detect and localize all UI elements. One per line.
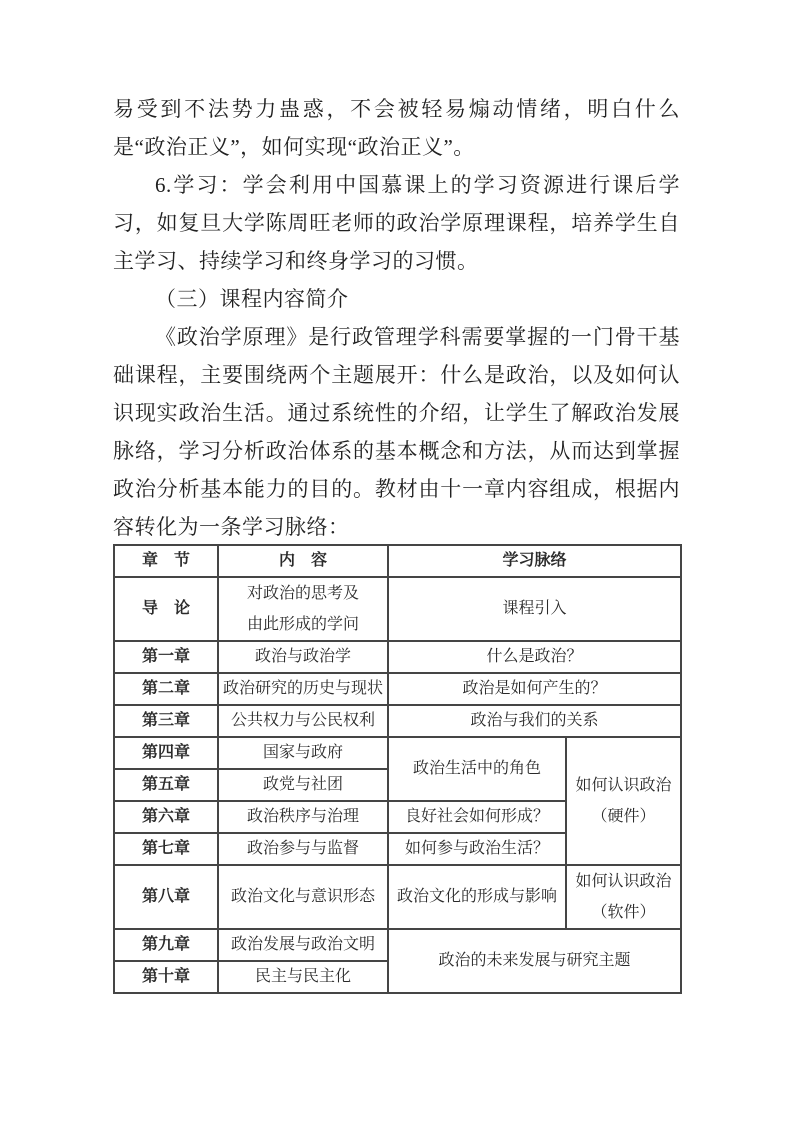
paragraph-course-overview: 《政治学原理》是行政管理学科需要掌握的一门骨干基础课程，主要围绕两个主题展开：什… <box>113 318 680 546</box>
table-row-chapter-8: 第八章 政治文化与意识形态 政治文化的形成与影响 如何认识政治 （软件） <box>114 865 681 929</box>
heading-course-content-intro: （三）课程内容简介 <box>113 280 680 318</box>
cell-content: 政治秩序与治理 <box>218 801 388 833</box>
cell-chapter: 第五章 <box>114 769 218 801</box>
cell-learning-path: 什么是政治？ <box>388 641 681 673</box>
cell-chapter: 第四章 <box>114 737 218 769</box>
cell-learning-path-hardware: 如何认识政治 （硬件） <box>566 737 681 865</box>
cell-chapter: 第三章 <box>114 705 218 737</box>
table-row-chapter-1: 第一章 政治与政治学 什么是政治？ <box>114 641 681 673</box>
cell-learning-path-future: 政治的未来发展与研究主题 <box>388 929 681 993</box>
cell-content: 政党与社团 <box>218 769 388 801</box>
cell-learning-path: 良好社会如何形成？ <box>388 801 566 833</box>
cell-learning-path: 政治文化的形成与影响 <box>388 865 566 929</box>
cell-chapter: 第十章 <box>114 961 218 993</box>
cell-learning-path: 政治与我们的关系 <box>388 705 681 737</box>
table-row-intro: 导 论 对政治的思考及 由此形成的学问 课程引入 <box>114 577 681 641</box>
paragraph-political-justice: 易受到不法势力蛊惑，不会被轻易煽动情绪，明白什么是“政治正义”，如何实现“政治正… <box>113 90 680 166</box>
cell-content: 民主与民主化 <box>218 961 388 993</box>
cell-chapter: 第六章 <box>114 801 218 833</box>
cell-chapter: 第七章 <box>114 833 218 865</box>
cell-content: 政治研究的历史与现状 <box>218 673 388 705</box>
cell-learning-path-software: 如何认识政治 （软件） <box>566 865 681 929</box>
cell-learning-path: 政治是如何产生的？ <box>388 673 681 705</box>
cell-path-line1: 如何认识政治 <box>567 770 680 801</box>
paragraph-learning-item: 6.学习：学会利用中国慕课上的学习资源进行课后学习，如复旦大学陈周旺老师的政治学… <box>113 166 680 280</box>
cell-chapter: 导 论 <box>114 577 218 641</box>
cell-content: 国家与政府 <box>218 737 388 769</box>
document-body: 易受到不法势力蛊惑，不会被轻易煽动情绪，明白什么是“政治正义”，如何实现“政治正… <box>113 90 680 546</box>
cell-content-line2: 由此形成的学问 <box>219 609 387 640</box>
course-structure-table: 章 节 内 容 学习脉络 导 论 对政治的思考及 由此形成的学问 课程引入 第一… <box>113 544 682 994</box>
table-row-chapter-2: 第二章 政治研究的历史与现状 政治是如何产生的？ <box>114 673 681 705</box>
cell-learning-path: 课程引入 <box>388 577 681 641</box>
header-content-column: 内 容 <box>218 545 388 577</box>
cell-path-line2: （软件） <box>567 897 680 928</box>
header-learning-path-column: 学习脉络 <box>388 545 681 577</box>
cell-content: 公共权力与公民权利 <box>218 705 388 737</box>
cell-chapter: 第八章 <box>114 865 218 929</box>
cell-path-line1: 如何认识政治 <box>567 866 680 897</box>
cell-content: 政治参与与监督 <box>218 833 388 865</box>
table-header-row: 章 节 内 容 学习脉络 <box>114 545 681 577</box>
cell-learning-path: 如何参与政治生活？ <box>388 833 566 865</box>
cell-content-line1: 对政治的思考及 <box>219 578 387 609</box>
cell-path-line2: （硬件） <box>567 801 680 832</box>
cell-content: 政治文化与意识形态 <box>218 865 388 929</box>
cell-content: 政治发展与政治文明 <box>218 929 388 961</box>
cell-content: 政治与政治学 <box>218 641 388 673</box>
cell-chapter: 第二章 <box>114 673 218 705</box>
header-chapter-column: 章 节 <box>114 545 218 577</box>
table-row-chapter-3: 第三章 公共权力与公民权利 政治与我们的关系 <box>114 705 681 737</box>
cell-content: 对政治的思考及 由此形成的学问 <box>218 577 388 641</box>
table-row-chapter-4: 第四章 国家与政府 政治生活中的角色 如何认识政治 （硬件） <box>114 737 681 769</box>
cell-chapter: 第一章 <box>114 641 218 673</box>
table-row-chapter-9: 第九章 政治发展与政治文明 政治的未来发展与研究主题 <box>114 929 681 961</box>
cell-learning-path-roles: 政治生活中的角色 <box>388 737 566 801</box>
document-page: 易受到不法势力蛊惑，不会被轻易煽动情绪，明白什么是“政治正义”，如何实现“政治正… <box>0 0 794 1123</box>
cell-chapter: 第九章 <box>114 929 218 961</box>
